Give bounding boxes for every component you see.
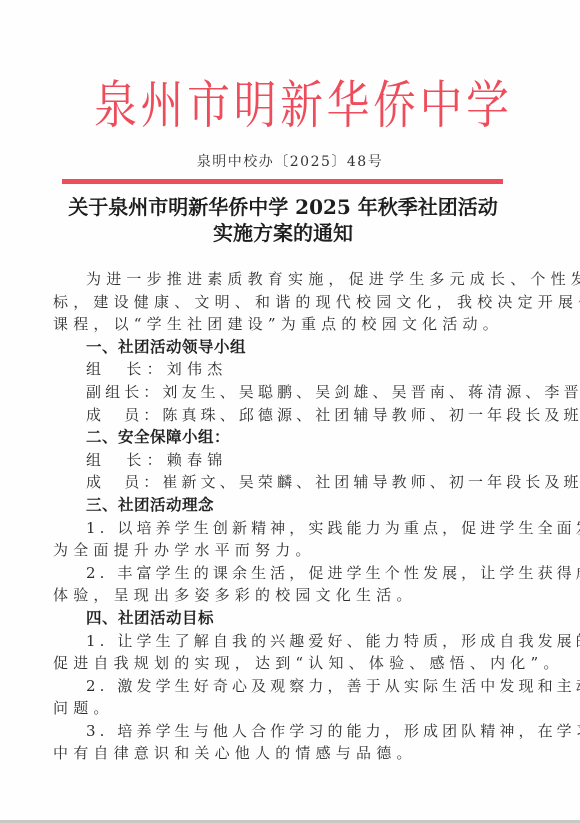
item-line: 促进自我规划的实现，达到“认知、体验、感悟、内化”。 bbox=[53, 652, 513, 675]
section-safety-group: 二、安全保障小组： 组 长：赖春锦 成 员：崔新文、吴荣麟、社团辅导教师、初一年… bbox=[53, 426, 513, 494]
paragraph-line: 标，建设健康、文明、和谐的现代校园文化，我校决定开展依托校本 bbox=[53, 291, 513, 314]
item-line: 2. 丰富学生的课余生活，促进学生个性发展，让学生获得成功的 bbox=[53, 562, 513, 585]
member-line: 成 员：陈真珠、邱德源、社团辅导教师、初一年段长及班主任 bbox=[53, 404, 513, 427]
paragraph-line: 为进一步推进素质教育实施，促进学生多元成长、个性发展的目 bbox=[53, 268, 513, 291]
school-masthead: 泉州市明新华侨中学 bbox=[94, 68, 470, 142]
document-number: 泉明中校办〔2025〕48号 bbox=[0, 152, 580, 172]
item-line: 体验，呈现出多姿多彩的校园文化生活。 bbox=[53, 584, 513, 607]
item-line: 1. 让学生了解自我的兴趣爱好、能力特质，形成自我发展的目标、 bbox=[53, 630, 513, 653]
document-body: 为进一步推进素质教育实施，促进学生多元成长、个性发展的目 标，建设健康、文明、和… bbox=[53, 268, 513, 765]
section-heading: 三、社团活动理念 bbox=[53, 494, 513, 517]
section-activity-goals: 四、社团活动目标 1. 让学生了解自我的兴趣爱好、能力特质，形成自我发展的目标、… bbox=[53, 607, 513, 765]
item-line: 2. 激发学生好奇心及观察力，善于从实际生活中发现和主动探索 bbox=[53, 675, 513, 698]
section-heading: 四、社团活动目标 bbox=[53, 607, 513, 630]
item-line: 1. 以培养学生创新精神，实践能力为重点，促进学生全面发展， bbox=[53, 517, 513, 540]
member-line: 组 长：赖春锦 bbox=[53, 449, 513, 472]
notice-title-line-1: 关于泉州市明新华侨中学 2025 年秋季社团活动 bbox=[50, 194, 516, 220]
paragraph-line: 课程，以“学生社团建设”为重点的校园文化活动。 bbox=[53, 313, 513, 336]
item-line: 问题。 bbox=[53, 697, 513, 720]
item-line: 3. 培养学生与他人合作学习的能力，形成团队精神，在学习活动 bbox=[53, 720, 513, 743]
notice-title: 关于泉州市明新华侨中学 2025 年秋季社团活动 实施方案的通知 bbox=[50, 194, 516, 246]
section-heading: 二、安全保障小组： bbox=[53, 426, 513, 449]
document-page: 泉州市明新华侨中学 泉明中校办〔2025〕48号 关于泉州市明新华侨中学 202… bbox=[0, 0, 580, 820]
section-leadership-group: 一、社团活动领导小组 组 长：刘伟杰 副组长：刘友生、吴聪鹏、吴剑雄、吴晋南、蒋… bbox=[53, 336, 513, 426]
intro-paragraph: 为进一步推进素质教育实施，促进学生多元成长、个性发展的目 标，建设健康、文明、和… bbox=[53, 268, 513, 336]
member-line: 成 员：崔新文、吴荣麟、社团辅导教师、初一年段长及班主任 bbox=[53, 471, 513, 494]
red-divider-rule bbox=[62, 179, 503, 184]
notice-title-line-2: 实施方案的通知 bbox=[50, 220, 516, 246]
item-line: 为全面提升办学水平而努力。 bbox=[53, 539, 513, 562]
section-heading: 一、社团活动领导小组 bbox=[53, 336, 513, 359]
member-line: 副组长：刘友生、吴聪鹏、吴剑雄、吴晋南、蒋清源、李晋源 bbox=[53, 381, 513, 404]
section-activity-philosophy: 三、社团活动理念 1. 以培养学生创新精神，实践能力为重点，促进学生全面发展， … bbox=[53, 494, 513, 607]
member-line: 组 长：刘伟杰 bbox=[53, 358, 513, 381]
item-line: 中有自律意识和关心他人的情感与品德。 bbox=[53, 742, 513, 765]
